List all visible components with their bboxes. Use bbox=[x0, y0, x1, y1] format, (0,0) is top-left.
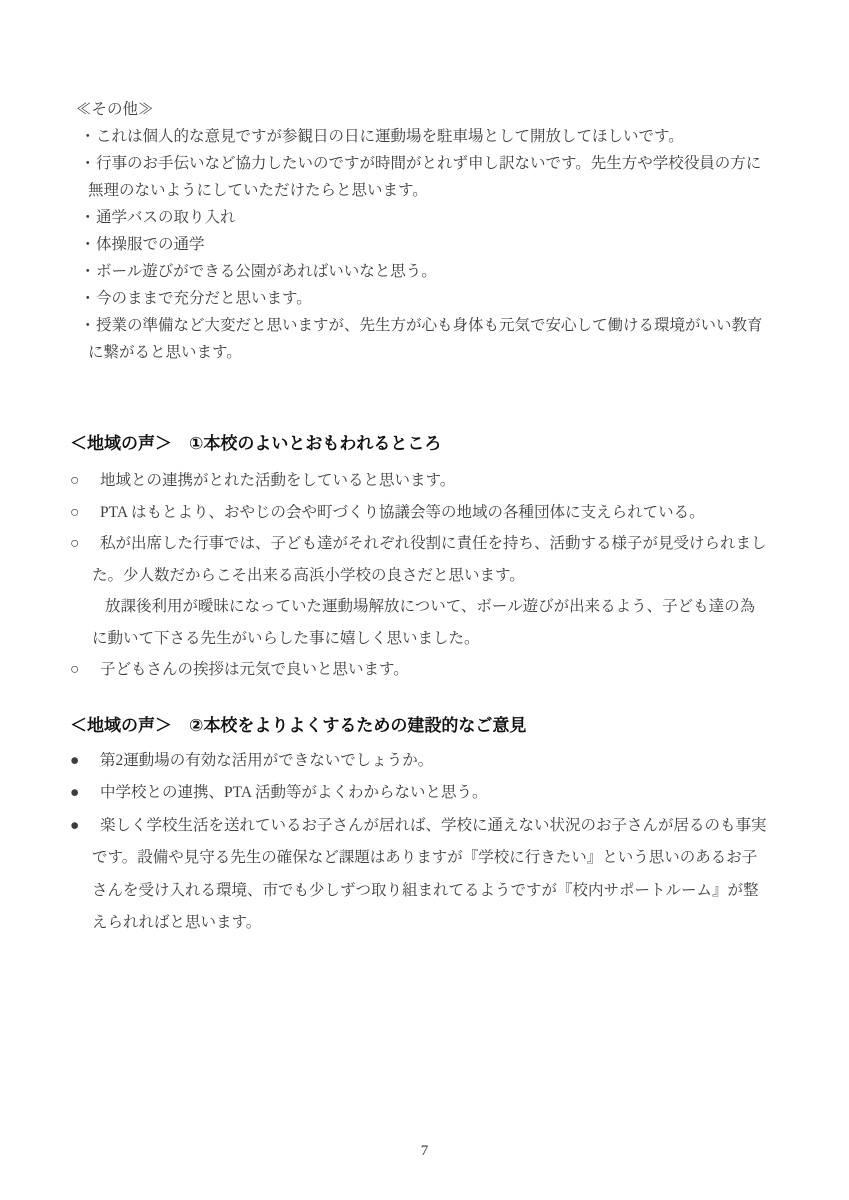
section-voice1: ＜地域の声＞ ①本校のよいとおもわれるところ ○ 地域との連携がとれた活動をして… bbox=[70, 427, 770, 686]
filled-circle-bullet-marker: ● bbox=[70, 777, 88, 810]
item-text: 楽しく学校生活を送れているお子さんが居れば、学校に通えない状況のお子さんが居るの… bbox=[92, 817, 767, 932]
item-text: 私が出席した行事では、子ども達がそれぞれ役割に責任を持ち、活動する様子が見受けら… bbox=[92, 535, 767, 584]
dot-bullet-marker: ・ bbox=[80, 204, 92, 231]
list-item: ・ 体操服での通学 bbox=[70, 231, 770, 258]
item-text: 行事のお手伝いなど協力したいのですが時間がとれず申し訳ないです。先生方や学校役員… bbox=[88, 155, 761, 199]
circle-bullet-marker: ○ bbox=[70, 497, 88, 529]
dot-bullet-marker: ・ bbox=[80, 285, 92, 312]
page-number: 7 bbox=[0, 1143, 849, 1160]
item-text: ボール遊びができる公園があればいいなと思う。 bbox=[96, 263, 437, 280]
item-text: PTA はもとより、おやじの会や町づくり協議会等の地域の各種団体に支えられている… bbox=[100, 504, 705, 521]
item-text: これは個人的な意見ですが参観日の日に運動場を駐車場として開放してほしいです。 bbox=[96, 128, 684, 145]
voice1-bullet-list: ○ 地域との連携がとれた活動をしていると思います。 ○ PTA はもとより、おや… bbox=[70, 465, 770, 686]
item-text: 地域との連携がとれた活動をしていると思います。 bbox=[100, 472, 455, 489]
list-item: ・ 今のままで充分だと思います。 bbox=[70, 285, 770, 312]
item-text: 放課後利用が曖昧になっていた運動場解放について、ボール遊びが出来るよう、子ども達… bbox=[92, 598, 755, 647]
document-page: ≪その他≫ ・ これは個人的な意見ですが参観日の日に運動場を駐車場として開放して… bbox=[0, 0, 849, 1200]
item-text: 今のままで充分だと思います。 bbox=[96, 290, 312, 307]
document-content: ≪その他≫ ・ これは個人的な意見ですが参観日の日に運動場を駐車場として開放して… bbox=[70, 0, 770, 940]
list-item: ・ 行事のお手伝いなど協力したいのですが時間がとれず申し訳ないです。先生方や学校… bbox=[70, 150, 770, 204]
dot-bullet-marker: ・ bbox=[80, 231, 92, 258]
list-item: ● 第2運動場の有効な活用ができないでしょうか。 bbox=[70, 745, 770, 778]
list-item: ○ PTA はもとより、おやじの会や町づくり協議会等の地域の各種団体に支えられて… bbox=[70, 497, 770, 529]
dot-bullet-marker: ・ bbox=[80, 312, 92, 339]
dot-bullet-marker: ・ bbox=[80, 258, 92, 285]
circle-bullet-marker: ○ bbox=[70, 654, 88, 686]
list-item: ○ 子どもさんの挨拶は元気で良いと思います。 bbox=[70, 654, 770, 686]
section-voice1-heading: ＜地域の声＞ ①本校のよいとおもわれるところ bbox=[70, 427, 770, 460]
section-voice2-heading: ＜地域の声＞ ②本校をよりよくするための建設的なご意見 bbox=[70, 709, 770, 742]
list-item: ● 楽しく学校生活を送れているお子さんが居れば、学校に通えない状況のお子さんが居… bbox=[70, 810, 770, 940]
section-other-title: ≪その他≫ bbox=[76, 96, 770, 123]
item-text: 中学校との連携、PTA 活動等がよくわからないと思う。 bbox=[100, 784, 488, 801]
item-text: 授業の準備など大変だと思いますが、先生方が心も身体も元気で安心して働ける環境がい… bbox=[88, 317, 763, 361]
filled-circle-bullet-marker: ● bbox=[70, 810, 88, 843]
section-voice2: ＜地域の声＞ ②本校をよりよくするための建設的なご意見 ● 第2運動場の有効な活… bbox=[70, 709, 770, 940]
circle-bullet-marker: ○ bbox=[70, 528, 88, 560]
item-text: 体操服での通学 bbox=[96, 236, 205, 253]
circle-bullet-marker: ○ bbox=[70, 465, 88, 497]
filled-circle-bullet-marker: ● bbox=[70, 745, 88, 778]
dot-bullet-marker: ・ bbox=[80, 150, 92, 177]
other-bullet-list: ・ これは個人的な意見ですが参観日の日に運動場を駐車場として開放してほしいです。… bbox=[70, 123, 770, 366]
item-text: 第2運動場の有効な活用ができないでしょうか。 bbox=[100, 752, 433, 769]
section-other: ≪その他≫ ・ これは個人的な意見ですが参観日の日に運動場を駐車場として開放して… bbox=[70, 96, 770, 366]
item-text: 通学バスの取り入れ bbox=[96, 209, 236, 226]
list-item-continuation: 放課後利用が曖昧になっていた運動場解放について、ボール遊びが出来るよう、子ども達… bbox=[70, 591, 770, 654]
list-item: ● 中学校との連携、PTA 活動等がよくわからないと思う。 bbox=[70, 777, 770, 810]
list-item: ・ 授業の準備など大変だと思いますが、先生方が心も身体も元気で安心して働ける環境… bbox=[70, 312, 770, 366]
list-item: ・ これは個人的な意見ですが参観日の日に運動場を駐車場として開放してほしいです。 bbox=[70, 123, 770, 150]
item-text: 子どもさんの挨拶は元気で良いと思います。 bbox=[100, 661, 409, 678]
voice2-bullet-list: ● 第2運動場の有効な活用ができないでしょうか。 ● 中学校との連携、PTA 活… bbox=[70, 745, 770, 940]
dot-bullet-marker: ・ bbox=[80, 123, 92, 150]
list-item: ○ 地域との連携がとれた活動をしていると思います。 bbox=[70, 465, 770, 497]
list-item: ・ 通学バスの取り入れ bbox=[70, 204, 770, 231]
list-item: ○ 私が出席した行事では、子ども達がそれぞれ役割に責任を持ち、活動する様子が見受… bbox=[70, 528, 770, 591]
list-item: ・ ボール遊びができる公園があればいいなと思う。 bbox=[70, 258, 770, 285]
